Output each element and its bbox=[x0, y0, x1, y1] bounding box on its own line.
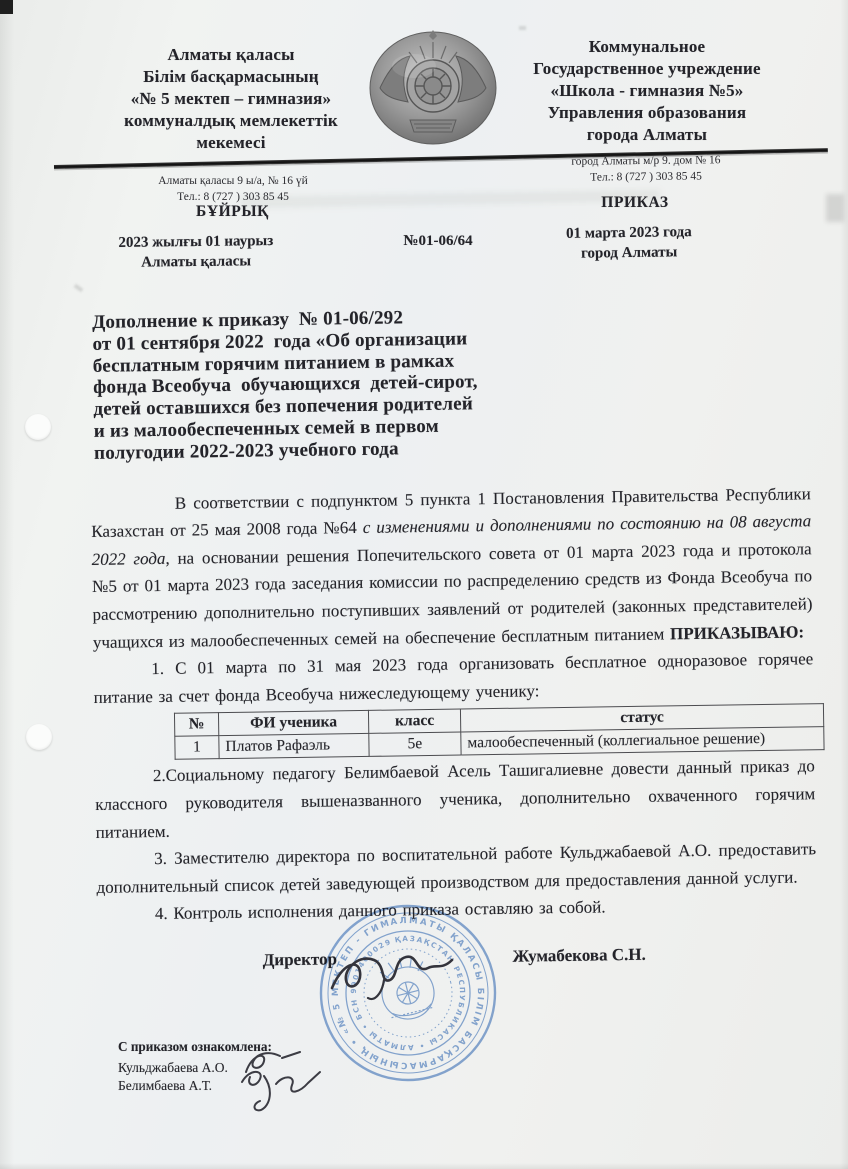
date-kazakh-line: Алматы қаласы bbox=[90, 251, 302, 274]
header-kazakh-line: «№ 5 мектеп – гимназия» bbox=[58, 88, 404, 110]
hole-punch-top bbox=[25, 414, 51, 440]
order-item-1: 1. С 01 марта по 31 мая 2023 года органи… bbox=[93, 645, 814, 711]
scan-edge-shade-bottom bbox=[0, 1163, 848, 1169]
date-block-russian: 01 марта 2023 года город Алматы bbox=[534, 222, 725, 265]
header-kazakh-line: Білім басқармасының bbox=[58, 66, 404, 88]
order-number: №01-06/64 bbox=[378, 231, 498, 251]
students-table: № ФИ ученика класс статус 1 Платов Рафаэ… bbox=[174, 703, 825, 760]
header-kazakh: Алматы қаласы Білім басқармасының «№ 5 м… bbox=[58, 44, 404, 154]
header-russian-line: Государственное учреждение bbox=[474, 58, 820, 80]
address-russian: город Алматы м/р 9. дом № 16 Тел.: 8 (72… bbox=[528, 152, 764, 186]
preamble-paragraph: В соответствии с подпунктом 5 пункта 1 П… bbox=[91, 480, 813, 656]
order-title: Дополнение к приказу № 01-06/292 от 01 с… bbox=[92, 301, 810, 464]
table-header-number: № bbox=[174, 713, 218, 737]
document-body: Дополнение к приказу № 01-06/292 от 01 с… bbox=[88, 301, 818, 980]
header-russian-line: города Алматы bbox=[474, 124, 820, 146]
scanned-order-document: Алматы қаласы Білім басқармасының «№ 5 м… bbox=[0, 0, 848, 1169]
order-verb: ПРИКАЗЫВАЮ: bbox=[670, 622, 804, 643]
director-signature-scribble bbox=[322, 938, 472, 1013]
table-cell-number: 1 bbox=[175, 736, 219, 760]
hole-punch-bottom bbox=[26, 724, 52, 750]
order-heading-russian: ПРИКАЗ bbox=[580, 194, 690, 212]
table-header-class: класс bbox=[368, 709, 460, 733]
date-russian-line: 01 марта 2023 года bbox=[534, 222, 724, 245]
table-cell-student: Платов Рафаэль bbox=[219, 734, 369, 759]
address-russian-line: Тел.: 8 (727 ) 303 85 45 bbox=[528, 168, 764, 186]
scan-corner-mark bbox=[0, 0, 13, 14]
header-kazakh-line: Алматы қаласы bbox=[58, 44, 404, 66]
table-cell-status: малообеспеченный (коллегиальное решение) bbox=[461, 727, 824, 755]
scan-edge-shade-right bbox=[840, 0, 848, 1169]
date-russian-line: город Алматы bbox=[534, 242, 724, 265]
header-kazakh-line: коммуналдық мемлекеттік bbox=[58, 110, 404, 132]
header-russian-line: Коммунальное bbox=[474, 36, 820, 58]
header-russian-line: Управления образования bbox=[474, 102, 820, 124]
table-header-student: ФИ ученика bbox=[218, 711, 368, 736]
header-russian: Коммунальное Государственное учреждение … bbox=[474, 36, 820, 146]
header-russian-line: «Школа - гимназия №5» bbox=[474, 80, 820, 102]
signature-name: Жумабекова С.Н. bbox=[512, 945, 645, 967]
date-block-kazakh: 2023 жылғы 01 наурыз Алматы қаласы bbox=[90, 231, 302, 274]
scan-edge-shade-left bbox=[0, 0, 14, 1169]
date-kazakh-line: 2023 жылғы 01 наурыз bbox=[90, 231, 302, 254]
order-item-2: 2.Социальному педагогу Белимбаевой Асель… bbox=[95, 753, 816, 846]
acknowledgement-signature-2 bbox=[232, 1064, 342, 1121]
table-cell-class: 5е bbox=[369, 732, 461, 756]
header-kazakh-line: мекемесі bbox=[58, 132, 404, 154]
address-kazakh: Алматы қаласы 9 ы/а, № 16 үй Тел.: 8 (72… bbox=[118, 173, 348, 205]
order-heading-kazakh: БҰЙРЫҚ bbox=[160, 203, 305, 221]
address-kazakh-line: Алматы қаласы 9 ы/а, № 16 үй bbox=[118, 173, 348, 189]
scan-speck-1 bbox=[74, 284, 84, 292]
scan-speck-2 bbox=[519, 26, 526, 30]
